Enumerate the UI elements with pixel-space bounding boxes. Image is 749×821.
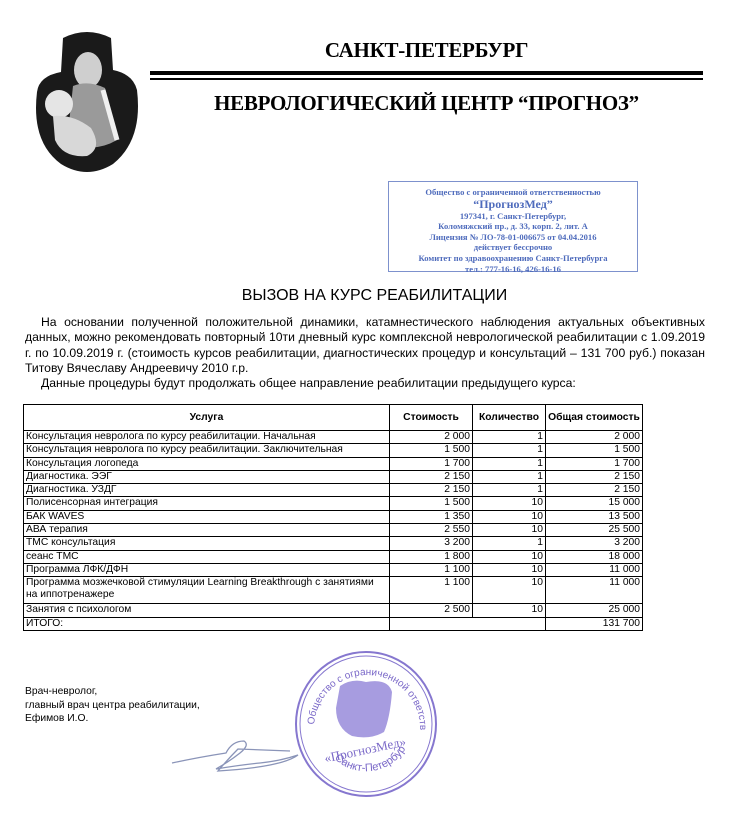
handwritten-signature — [170, 735, 305, 775]
price-cell: 2 150 — [390, 470, 473, 483]
total-empty-cell — [390, 617, 546, 630]
header-city: САНКТ-ПЕТЕРБУРГ — [150, 38, 703, 63]
total-value: 131 700 — [546, 617, 643, 630]
table-row: Диагностика. УЗДГ2 15012 150 — [24, 484, 643, 497]
service-cell: Программа мозжечковой стимуляции Learnin… — [24, 577, 390, 604]
col-header-qty: Количество — [473, 405, 546, 431]
stamp-company-name: “ПрогнозМед” — [389, 198, 637, 211]
service-cell: БАК WAVES — [24, 510, 390, 523]
row-total-cell: 2 150 — [546, 484, 643, 497]
table-row: сеанс ТМС1 8001018 000 — [24, 550, 643, 563]
service-cell: Программа ЛФК/ДФН — [24, 563, 390, 576]
price-cell: 1 500 — [390, 497, 473, 510]
paragraph-continuation: Данные процедуры будут продолжать общее … — [25, 376, 705, 391]
row-total-cell: 15 000 — [546, 497, 643, 510]
qty-cell: 10 — [473, 577, 546, 604]
table-row: Консультация невролога по курсу реабилит… — [24, 444, 643, 457]
service-cell: сеанс ТМС — [24, 550, 390, 563]
table-row: Программа мозжечковой стимуляции Learnin… — [24, 577, 643, 604]
service-cell: Диагностика. УЗДГ — [24, 484, 390, 497]
qty-cell: 1 — [473, 431, 546, 444]
row-total-cell: 1 700 — [546, 457, 643, 470]
price-cell: 1 100 — [390, 563, 473, 576]
total-label: ИТОГО: — [24, 617, 390, 630]
row-total-cell: 1 500 — [546, 444, 643, 457]
row-total-cell: 25 000 — [546, 604, 643, 617]
row-total-cell: 3 200 — [546, 537, 643, 550]
signer-name: Ефимов И.О. — [25, 712, 200, 726]
stamp-line: тел.: 777-16-16, 426-16-16 — [389, 264, 637, 275]
table-row: БАК WAVES1 3501013 500 — [24, 510, 643, 523]
col-header-service: Услуга — [24, 405, 390, 431]
price-cell: 2 150 — [390, 484, 473, 497]
service-cell: Диагностика. ЭЭГ — [24, 470, 390, 483]
row-total-cell: 13 500 — [546, 510, 643, 523]
row-total-cell: 11 000 — [546, 563, 643, 576]
qty-cell: 1 — [473, 484, 546, 497]
service-cell: ТМС консультация — [24, 537, 390, 550]
price-cell: 3 200 — [390, 537, 473, 550]
table-row: Консультация невролога по курсу реабилит… — [24, 431, 643, 444]
document-title: ВЫЗОВ НА КУРС РЕАБИЛИТАЦИИ — [0, 287, 749, 305]
stamp-line: Коломяжский пр., д. 33, корп. 2, лит. А — [389, 221, 637, 232]
round-stamp: Общество с ограниченной ответственностью… — [292, 648, 438, 798]
stamp-line: Лицензия № ЛО-78-01-006675 от 04.04.2016 — [389, 232, 637, 243]
service-cell: Консультация невролога по курсу реабилит… — [24, 444, 390, 457]
table-row: Диагностика. ЭЭГ2 15012 150 — [24, 470, 643, 483]
price-cell: 1 100 — [390, 577, 473, 604]
signer-block: Врач-невролог, главный врач центра реаби… — [25, 685, 200, 726]
col-header-total: Общая стоимость — [546, 405, 643, 431]
service-cell: Полисенсорная интеграция — [24, 497, 390, 510]
row-total-cell: 25 500 — [546, 524, 643, 537]
qty-cell: 10 — [473, 510, 546, 523]
table-row: Занятия с психологом2 5001025 000 — [24, 604, 643, 617]
stamp-line: действует бессрочно — [389, 242, 637, 253]
qty-cell: 10 — [473, 550, 546, 563]
services-table: Услуга Стоимость Количество Общая стоимо… — [23, 404, 643, 631]
stamp-line: Комитет по здравоохранению Санкт-Петербу… — [389, 253, 637, 264]
table-row: Программа ЛФК/ДФН1 1001011 000 — [24, 563, 643, 576]
table-row: АВА терапия2 5501025 500 — [24, 524, 643, 537]
qty-cell: 1 — [473, 444, 546, 457]
price-cell: 2 550 — [390, 524, 473, 537]
table-row: Консультация логопеда1 70011 700 — [24, 457, 643, 470]
qty-cell: 10 — [473, 563, 546, 576]
service-cell: АВА терапия — [24, 524, 390, 537]
header-center-name: НЕВРОЛОГИЧЕСКИЙ ЦЕНТР “ПРОГНОЗ” — [150, 91, 703, 116]
qty-cell: 10 — [473, 604, 546, 617]
madonna-and-child-logo — [33, 30, 141, 176]
price-cell: 1 350 — [390, 510, 473, 523]
row-total-cell: 11 000 — [546, 577, 643, 604]
qty-cell: 10 — [473, 497, 546, 510]
paragraph-referral: На основании полученной положительной ди… — [25, 315, 705, 376]
service-cell: Занятия с психологом — [24, 604, 390, 617]
price-cell: 1 700 — [390, 457, 473, 470]
stamp-line: Общество с ограниченной ответственностью — [389, 187, 637, 198]
qty-cell: 10 — [473, 524, 546, 537]
row-total-cell: 18 000 — [546, 550, 643, 563]
service-cell: Консультация невролога по курсу реабилит… — [24, 431, 390, 444]
table-total-row: ИТОГО: 131 700 — [24, 617, 643, 630]
body-text: На основании полученной положительной ди… — [25, 315, 705, 391]
row-total-cell: 2 150 — [546, 470, 643, 483]
row-total-cell: 2 000 — [546, 431, 643, 444]
price-cell: 1 500 — [390, 444, 473, 457]
price-cell: 1 800 — [390, 550, 473, 563]
table-row: ТМС консультация3 20013 200 — [24, 537, 643, 550]
rectangular-stamp: Общество с ограниченной ответственностью… — [388, 181, 638, 272]
signer-position: Врач-невролог, — [25, 685, 200, 699]
qty-cell: 1 — [473, 537, 546, 550]
header-rule-thick — [150, 71, 703, 75]
signer-title: главный врач центра реабилитации, — [25, 699, 200, 713]
table-header-row: Услуга Стоимость Количество Общая стоимо… — [24, 405, 643, 431]
price-cell: 2 500 — [390, 604, 473, 617]
qty-cell: 1 — [473, 470, 546, 483]
col-header-price: Стоимость — [390, 405, 473, 431]
price-cell: 2 000 — [390, 431, 473, 444]
stamp-line: 197341, г. Санкт-Петербург, — [389, 211, 637, 222]
service-cell: Консультация логопеда — [24, 457, 390, 470]
qty-cell: 1 — [473, 457, 546, 470]
header-rule-thin — [150, 78, 703, 80]
table-row: Полисенсорная интеграция1 5001015 000 — [24, 497, 643, 510]
